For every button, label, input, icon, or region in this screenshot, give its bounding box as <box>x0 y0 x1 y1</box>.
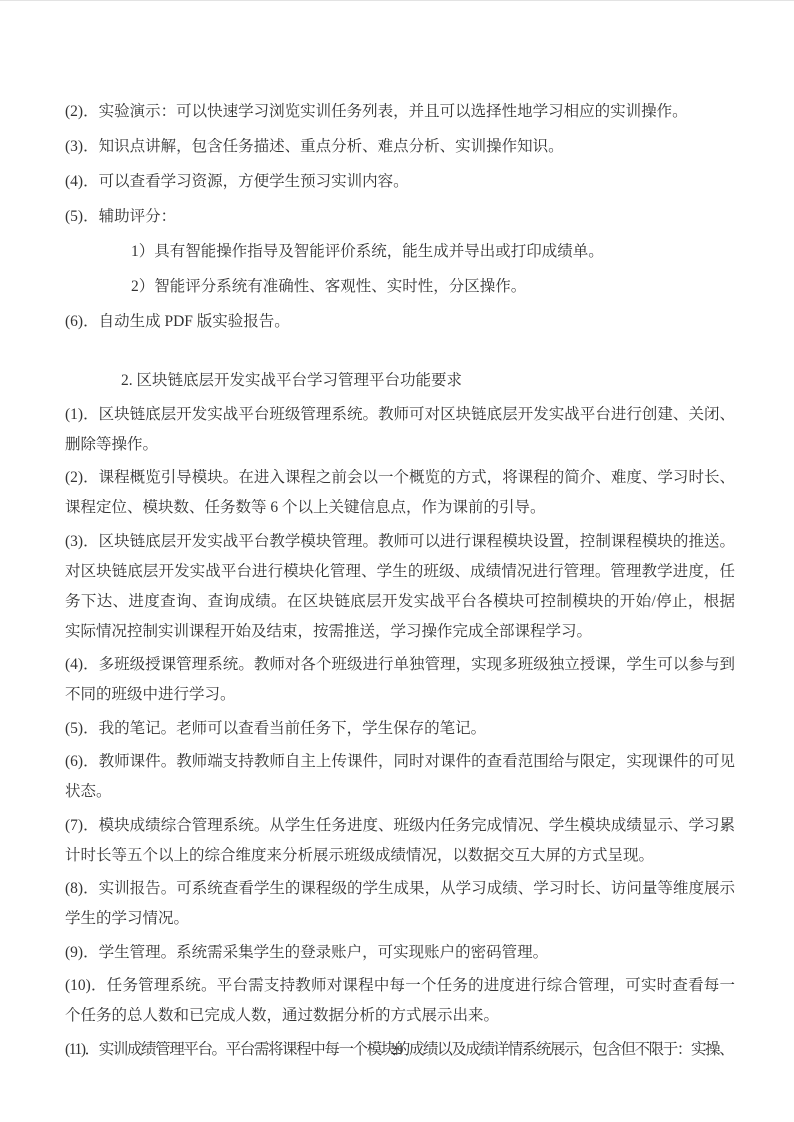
list-item-course-overview: (2)．课程概览引导模块。在进入课程之前会以一个概览的方式，将课程的简介、难度、… <box>65 463 735 523</box>
list-item-knowledge-point: (3)．知识点讲解，包含任务描述、重点分析、难点分析、实训操作知识。 <box>65 132 735 162</box>
list-item-learning-resources: (4)．可以查看学习资源，方便学生预习实训内容。 <box>65 167 735 197</box>
list-item-teaching-module: (3)．区块链底层开发实战平台教学模块管理。教师可以进行课程模块设置，控制课程模… <box>65 527 735 647</box>
list-item-training-report: (8)．实训报告。可系统查看学生的课程级的学生成果，从学习成绩、学习时长、访问量… <box>65 874 735 934</box>
document-page: (2)．实验演示：可以快速学习浏览实训任务列表，并且可以选择性地学习相应的实训操… <box>0 0 794 1122</box>
list-item-experiment-demo: (2)．实验演示：可以快速学习浏览实训任务列表，并且可以选择性地学习相应的实训操… <box>65 97 735 127</box>
list-item-module-scores: (7)．模块成绩综合管理系统。从学生任务进度、班级内任务完成情况、学生模块成绩显… <box>65 811 735 871</box>
page-content: (2)．实验演示：可以快速学习浏览实训任务列表，并且可以选择性地学习相应的实训操… <box>65 97 735 1068</box>
section-heading: 2. 区块链底层开发实战平台学习管理平台功能要求 <box>65 366 735 396</box>
section-2-feature-list: 2. 区块链底层开发实战平台学习管理平台功能要求 (1)．区块链底层开发实战平台… <box>65 366 735 1065</box>
list-item-student-management: (9)．学生管理。系统需采集学生的登录账户，可实现账户的密码管理。 <box>65 938 735 968</box>
list-item-pdf-report: (6)．自动生成 PDF 版实验报告。 <box>65 307 735 337</box>
page-number: 29 <box>0 1042 794 1058</box>
list-item-class-management: (1)．区块链底层开发实战平台班级管理系统。教师可对区块链底层开发实战平台进行创… <box>65 400 735 460</box>
list-item-assisted-scoring: (5)．辅助评分： <box>65 202 735 232</box>
sub-item-smart-scoring: 2）智能评分系统有准确性、客观性、实时性，分区操作。 <box>65 272 735 302</box>
list-item-task-management: (10)．任务管理系统。平台需支持教师对课程中每一个任务的进度进行综合管理，可实… <box>65 971 735 1031</box>
list-item-multi-class: (4)．多班级授课管理系统。教师对各个班级进行单独管理，实现多班级独立授课，学生… <box>65 650 735 710</box>
list-item-my-notes: (5)．我的笔记。老师可以查看当前任务下，学生保存的笔记。 <box>65 714 735 744</box>
sub-item-smart-guidance: 1）具有智能操作指导及智能评价系统，能生成并导出或打印成绩单。 <box>65 237 735 267</box>
list-item-teacher-courseware: (6)．教师课件。教师端支持教师自主上传课件，同时对课件的查看范围给与限定，实现… <box>65 747 735 807</box>
section-1-feature-list: (2)．实验演示：可以快速学习浏览实训任务列表，并且可以选择性地学习相应的实训操… <box>65 97 735 337</box>
